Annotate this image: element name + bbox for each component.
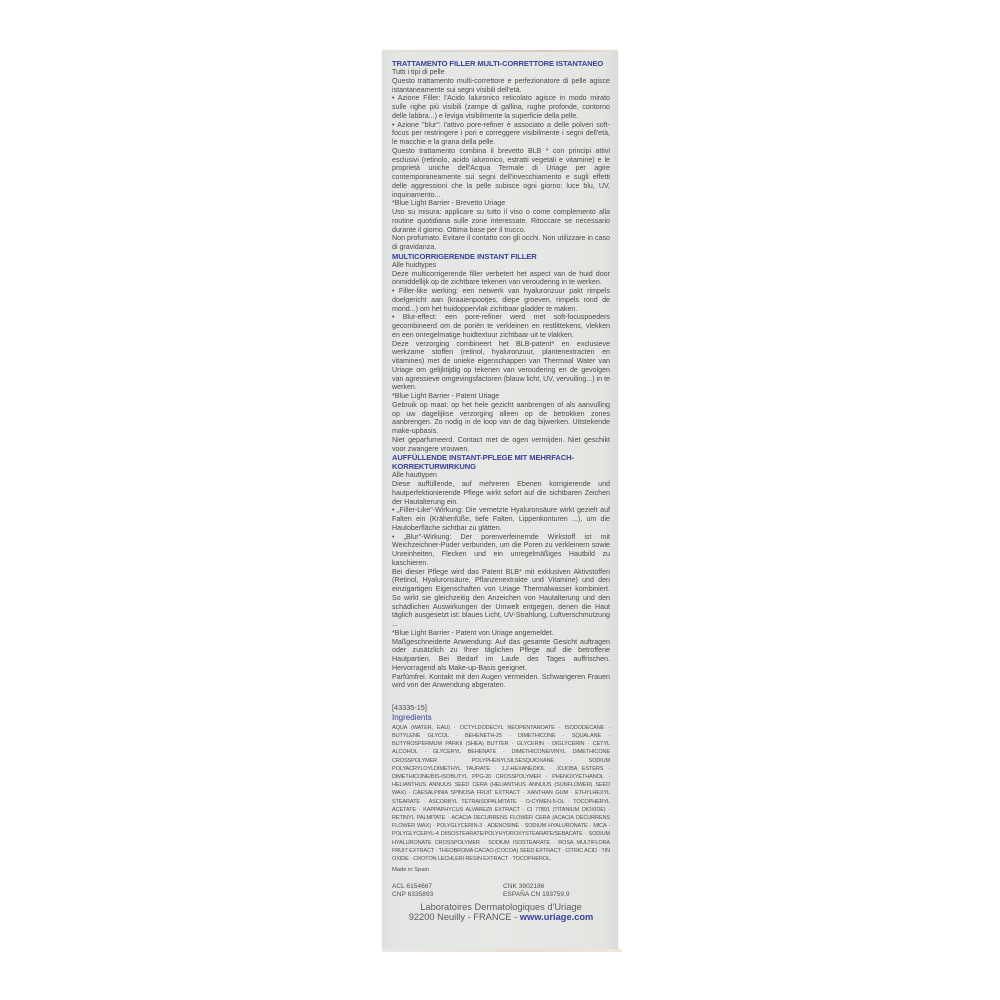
manufacturer-address: 92200 Neuilly - FRANCE - [409,912,520,922]
section-title: TRATTAMENTO FILLER MULTI-CORRETTORE ISTA… [392,59,610,68]
made-in-label: Made in Spain [392,866,610,875]
website-link[interactable]: www.uriage.com [520,912,594,922]
paragraph: Bei dieser Pflege wird das Patent BLB* m… [392,568,610,629]
paragraph: Parfümfrei. Kontakt mit den Augen vermei… [392,673,610,691]
paragraph: Non profumato. Evitare il contatto con g… [392,234,610,252]
paragraph: • Blur-effect: een pore-refiner werd met… [392,313,610,339]
section-title: MULTICORRIGERENDE INSTANT FILLER [392,252,610,261]
paragraph: Niet geparfumeerd. Contact met de ogen v… [392,436,610,454]
manufacturer-block: Laboratoires Dermatologiques d'Uriage 92… [392,902,610,923]
paragraph: Deze verzorging combineert het BLB-paten… [392,340,610,393]
paragraph: *Blue Light Barrier - Patent von Uriage … [392,629,610,638]
paragraph: Diese auffüllende, auf mehreren Ebenen k… [392,480,610,506]
paragraph: • Filler-like werking: een netwerk van h… [392,287,610,313]
paragraph: • Azione Filler: l'Acido Ialuronico reti… [392,94,610,120]
manufacturer-name: Laboratoires Dermatologiques d'Uriage [392,902,610,913]
paragraph: Deze multicorrigerende filler verbetert … [392,270,610,288]
section-subtitle: Alle hauttypen [392,471,610,480]
paragraph: Gebruik op maat: op het hele gezicht aan… [392,401,610,436]
section-italian: TRATTAMENTO FILLER MULTI-CORRETTORE ISTA… [392,59,610,252]
product-box-back-panel: TRATTAMENTO FILLER MULTI-CORRETTORE ISTA… [382,50,618,950]
section-subtitle: Tutti i tipi di pelle [392,68,610,77]
paragraph: *Blue Light Barrier - Patent Uriage [392,392,610,401]
paragraph: *Blue Light Barrier - Brevetto Uriage [392,199,610,208]
paragraph: Uso su misura: applicare su tutto il vis… [392,208,610,234]
paragraph: Questo trattamento combina il brevetto B… [392,147,610,200]
label-content: TRATTAMENTO FILLER MULTI-CORRETTORE ISTA… [392,59,610,923]
ingredients-title: Ingredients [392,713,610,722]
paragraph: • „Filler-Like"-Wirkung: Die vernetzte H… [392,506,610,532]
paragraph: • Azione "blur": l'attivo pore-refiner è… [392,121,610,147]
acl-code: ACL 6154667 [392,883,499,891]
section-dutch: MULTICORRIGERENDE INSTANT FILLER Alle hu… [392,252,610,454]
section-subtitle: Alle huidtypes [392,261,610,270]
registration-codes: ACL 6154667 CNP 6335893 CNK 3902186 ESPA… [392,883,610,900]
section-title: AUFFÜLLENDE INSTANT-PFLEGE MIT MEHRFACH-… [392,453,610,471]
codes-right: CNK 3902186 ESPAÑA CN 193759.9 [499,883,610,900]
paragraph: Maßgeschneiderte Anwendung: Auf das gesa… [392,638,610,673]
ingredients-list: AQUA (WATER, EAU) · OCTYLDODECYL NEOPENT… [392,724,610,863]
codes-left: ACL 6154667 CNP 6335893 [392,883,499,900]
espana-cn-code: ESPAÑA CN 193759.9 [503,891,610,899]
paragraph: Questo trattamento multi-correttore e pe… [392,77,610,95]
manufacturer-address-line: 92200 Neuilly - FRANCE - www.uriage.com [392,912,610,923]
product-code: [43335-15] [392,704,610,713]
section-german: AUFFÜLLENDE INSTANT-PFLEGE MIT MEHRFACH-… [392,453,610,690]
ingredients-block: [43335-15] Ingredients AQUA (WATER, EAU)… [392,704,610,875]
cnp-code: CNP 6335893 [392,891,499,899]
paragraph: • „Blur"-Wirkung: Der porenverfeinernde … [392,533,610,568]
